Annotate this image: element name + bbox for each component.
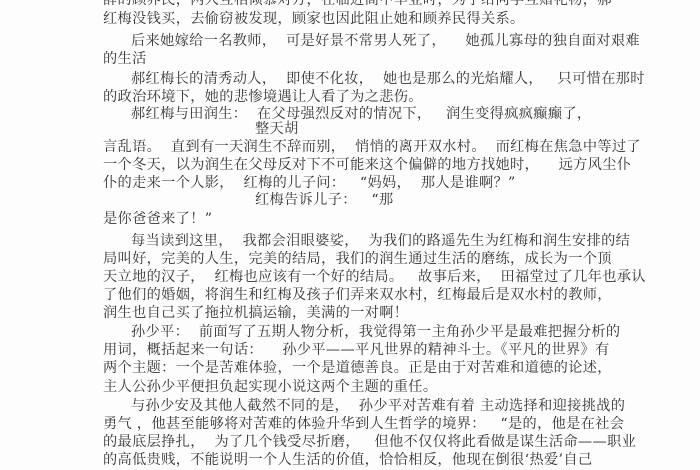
text-line: 后来她嫁给一名教师， 可是好景不常男人死了， 她孤儿寡母的独自面对艰难 [131,33,640,50]
text-line: 局叫好，完美的人生，完美的结局，我们的润生通过生活的磨练，成长为一个顶 [103,251,612,268]
text-line: 孙少平： 前面写了五期人物分析，我觉得第一主角孙少平是最难把握分析的 [131,324,620,341]
text-line: 两个主题：一个是苦难体验，一个是道德善良。正是由于对苦难和道德的论述， [103,360,612,377]
text-line: 了他们的婚姻，将润生和红梅及孩子们弄来双水村，红梅最后是双水村的教师， [103,287,612,304]
text-line: 与孙少安及其他人截然不同的是， 孙少平对苦难有着 主动选择和迎接挑战的 [131,398,625,415]
text-line: 的高低贵贱，不能说明一个人生活的价值，恰恰相反，他现在倒很‘热爱’自己 [103,452,592,469]
text-line: 天立地的汉子， 红梅也应该有一个好的结局。 故事后来， 田福堂过了几年也承认 [103,269,646,286]
text-line: 言乱语。 直到有一天润生不辞而别， 悄悄的离开双水村。 而红梅在焦急中等过了 [103,139,641,156]
text-line: 的最底层挣扎， 为了几个钱受尽折磨， 但他不仅仅将此看做是谋生活命——职业 [103,434,636,451]
text-line: 红梅没钱买，去偷窃被发现，顾家也因此阻止她和顾养民得关系。 [103,11,525,28]
text-line: 一个冬天，以为润生在父母反对下不可能来这个偏僻的地方找她时， 远方风尘仆 [103,157,631,174]
text-line: 薛的顾养民，两人互相倾慕对方，在临近高中毕业时，为了给同学互赠礼物，郝 [103,0,612,9]
text-line: 整天胡 [255,121,299,138]
text-line: 是你爸爸来了！” [103,211,212,228]
text-line: 主人公孙少平便担负起实现小说这两个主题的重任。 [103,379,437,396]
text-line: 郝红梅长的清秀动人， 即使不化妆， 她也是那么的光焰耀人， 只可惜在那时 [131,71,645,88]
text-line: 的生活 [103,51,147,68]
document-page: 薛的顾养民，两人互相倾慕对方，在临近高中毕业时，为了给同学互赠礼物，郝红梅没钱买… [0,0,700,470]
text-line: 每当读到这里， 我都会泪眼婆娑， 为我们的路遥先生为红梅和润生安排的结 [131,233,630,250]
text-line: 仆的走来一个人影， 红梅的儿子问： “妈妈， 那人是谁啊？” [103,175,516,192]
text-line: 用词，概括起来一句话： 孙少平——平凡世界的精神斗士。《平凡的世界》有 [103,342,610,359]
text-line: 红梅告诉儿子： “那 [255,192,393,209]
text-line: 的政治环境下，她的悲惨境遇让人看了为之悲伤。 [103,89,423,106]
text-line: 勇气 ，他甚至能够将对苦难的体验升华到人生哲学的境界： “是的，他是在社会 [103,416,624,433]
text-line: 郝红梅与田润生： 在父母强烈反对的情况下， 润生变得疯疯癫癫了， [131,106,591,123]
text-line: 润生也自己买了拖拉机搞运输，美满的一对啊！ [103,305,408,322]
